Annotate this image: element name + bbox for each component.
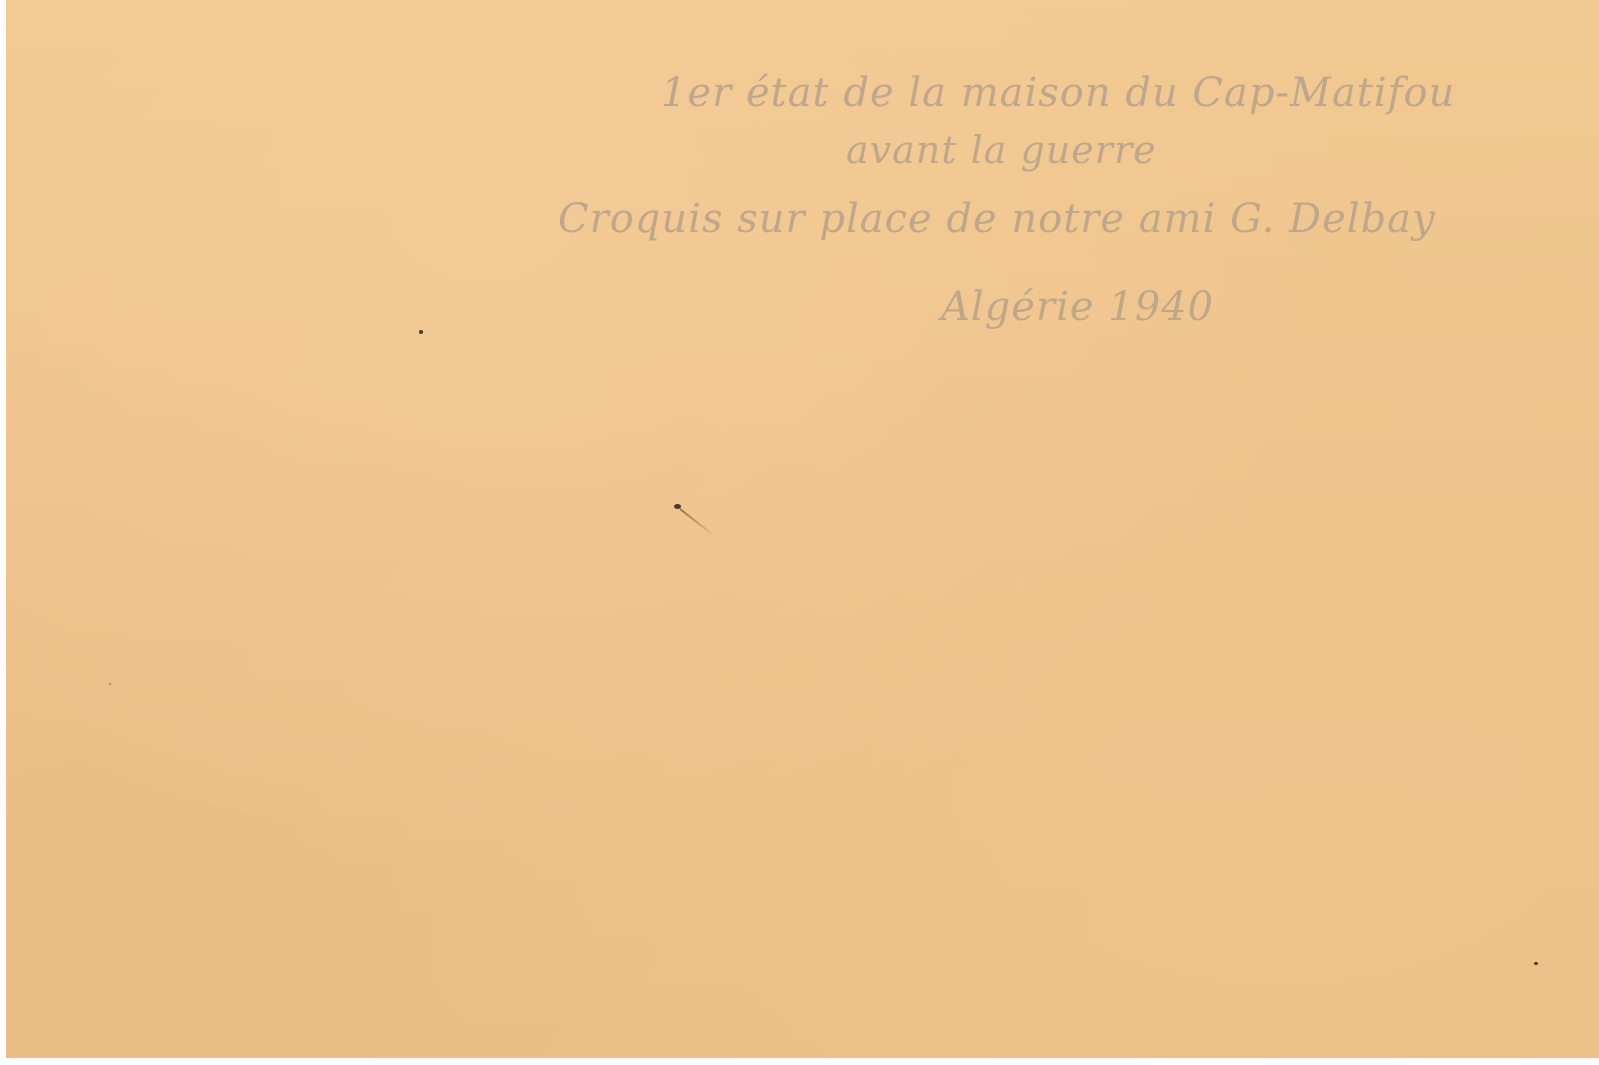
paper-sheet: 1er état de la maison du Cap-Matifou ava… — [6, 0, 1599, 1058]
scanned-page: 1er état de la maison du Cap-Matifou ava… — [0, 0, 1599, 1065]
paper-speck — [1534, 962, 1538, 965]
note-line-place-date: Algérie 1940 — [941, 284, 1214, 330]
paper-speck — [109, 683, 111, 685]
note-line-subtitle: avant la guerre — [846, 128, 1157, 172]
paper-streak — [679, 508, 716, 537]
paper-speck — [419, 330, 423, 334]
note-line-title: 1er état de la maison du Cap-Matifou — [661, 70, 1455, 116]
note-line-credit: Croquis sur place de notre ami G. Delbay — [558, 196, 1436, 242]
